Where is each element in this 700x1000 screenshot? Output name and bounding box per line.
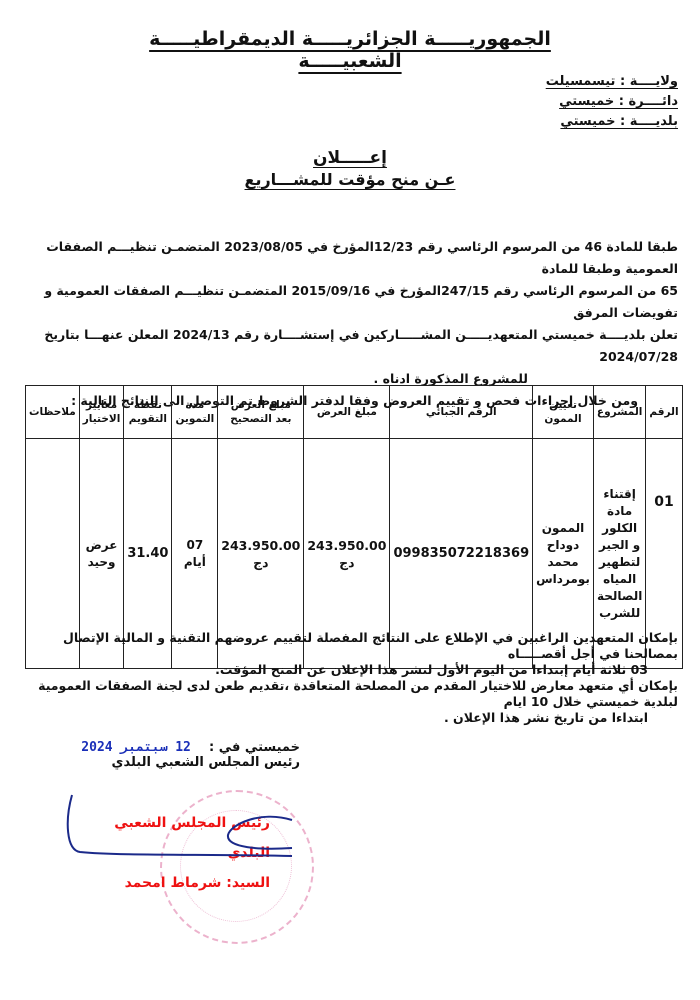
daira-line: دائــــرة : خميستي: [508, 92, 678, 112]
col-score: نقطة التقويم: [124, 386, 172, 439]
col-remarks: ملاحظات: [26, 386, 80, 439]
handwritten-signature-icon: [60, 790, 300, 870]
note-line: 03 ثلاثة أيام إبتداءا من اليوم الأول لنش…: [18, 662, 678, 678]
baladia-line: بلديــــة : خميستي: [508, 112, 678, 132]
place-label: خميستي في :: [209, 740, 300, 755]
note-line: بإمكان المتعهدين الراغبين في الإطلاع على…: [18, 630, 678, 662]
col-tax-id: الرقم الجبائي: [390, 386, 533, 439]
intro-line: تعلن بلديــــة خميستي المتعهديـــــن الم…: [18, 324, 678, 368]
announcement-title: إعـــــلان: [200, 148, 500, 168]
handwritten-date: 12 سبتمبر 2024: [81, 740, 191, 755]
note-line: بإمكان أي متعهد معارض للاختيار المقدم من…: [18, 678, 678, 710]
country-header: الجمهوريـــــة الجزائريـــــة الديمقراطي…: [130, 28, 570, 72]
table-header-row: الرقم المشروع تعيين الممون الرقم الجبائي…: [26, 386, 683, 439]
notes-paragraph: بإمكان المتعهدين الراغبين في الإطلاع على…: [18, 630, 678, 726]
signature-place-date: خميستي في : 12 سبتمبر 2024 رئيس المجلس ا…: [60, 740, 300, 770]
results-table: الرقم المشروع تعيين الممون الرقم الجبائي…: [25, 385, 683, 669]
intro-line: طبقا للمادة 46 من المرسوم الرئاسي رقم 12…: [18, 236, 678, 280]
note-line: ابتداءا من تاريخ نشر هذا الإعلان .: [18, 710, 678, 726]
col-criteria: معايير الاختيار: [79, 386, 124, 439]
signatory-role: رئيس المجلس الشعبي البلدي: [60, 755, 300, 770]
intro-line: 65 من المرسوم الرئاسي رقم 247/15المؤرخ ف…: [18, 280, 678, 324]
stamp-name: السيد: شرماط امحمد: [70, 868, 270, 898]
col-supplier: تعيين الممون: [533, 386, 594, 439]
wilaya-line: ولايــــة : تيسمسيلت: [508, 72, 678, 92]
administrative-block: ولايــــة : تيسمسيلت دائــــرة : خميستي …: [508, 72, 678, 132]
col-project: المشروع: [593, 386, 646, 439]
announcement-subtitle: عـن منح مؤقت للمشـــاريع: [200, 170, 500, 189]
col-offer-amount: مبلغ العرض: [304, 386, 390, 439]
announcement-heading: إعـــــلان عـن منح مؤقت للمشـــاريع: [200, 148, 500, 189]
col-number: الرقم: [646, 386, 682, 439]
col-duration: مدة التموين: [172, 386, 218, 439]
col-corrected-amount: مبلغ العرض بعد التصحيح: [218, 386, 304, 439]
